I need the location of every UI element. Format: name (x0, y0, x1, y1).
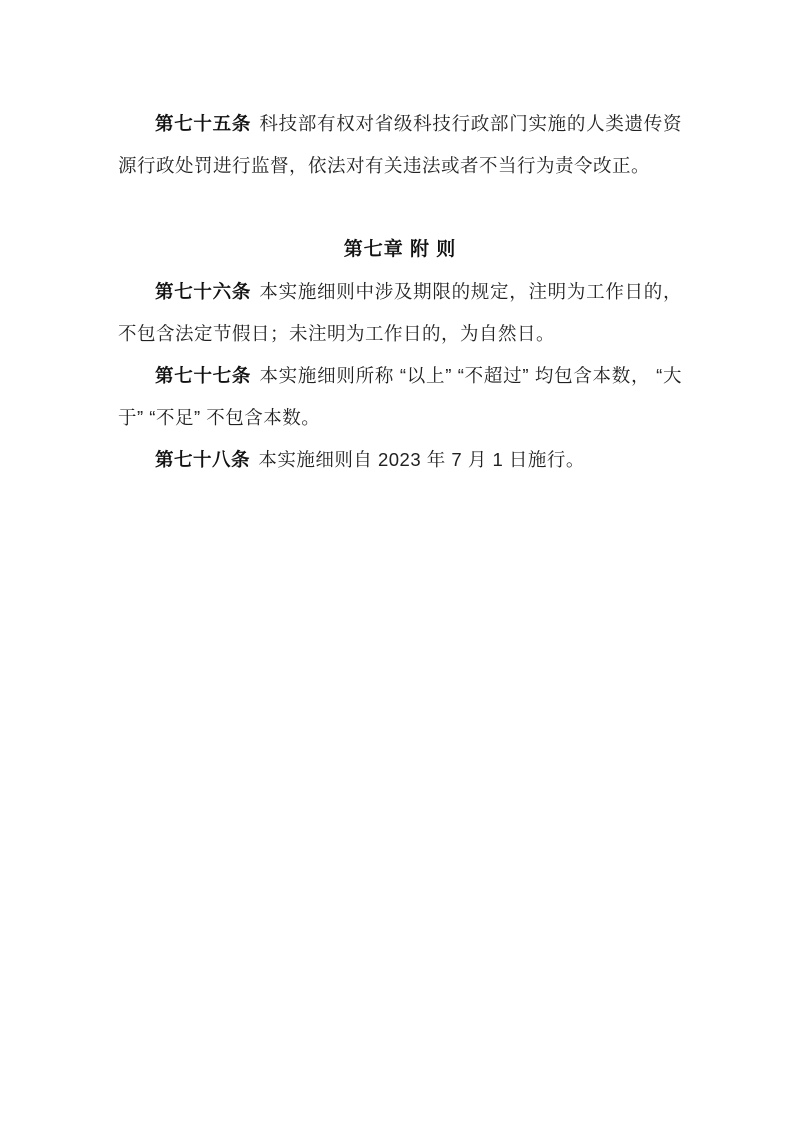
article-75-number: 第七十五条 (155, 113, 251, 134)
paragraph-article-76: 第七十六条本实施细则中涉及期限的规定，注明为工作日的，不包含法定节假日；未注明为… (118, 271, 682, 355)
paragraph-article-78: 第七十八条本实施细则自 2023 年 7 月 1 日施行。 (118, 439, 682, 481)
paragraph-article-77: 第七十七条本实施细则所称 “以上” “不超过” 均包含本数， “大于” “不足”… (118, 355, 682, 439)
article-76-number: 第七十六条 (155, 281, 251, 302)
article-78-text: 本实施细则自 2023 年 7 月 1 日施行。 (258, 449, 585, 470)
paragraph-article-75: 第七十五条科技部有权对省级科技行政部门实施的人类遗传资源行政处罚进行监督，依法对… (118, 103, 682, 187)
article-77-number: 第七十七条 (155, 365, 251, 386)
document-content: 第七十五条科技部有权对省级科技行政部门实施的人类遗传资源行政处罚进行监督，依法对… (118, 103, 682, 481)
article-78-number: 第七十八条 (155, 449, 250, 470)
chapter-heading: 第七章 附 则 (118, 229, 682, 271)
document-page: 第七十五条科技部有权对省级科技行政部门实施的人类遗传资源行政处罚进行监督，依法对… (0, 0, 800, 1131)
